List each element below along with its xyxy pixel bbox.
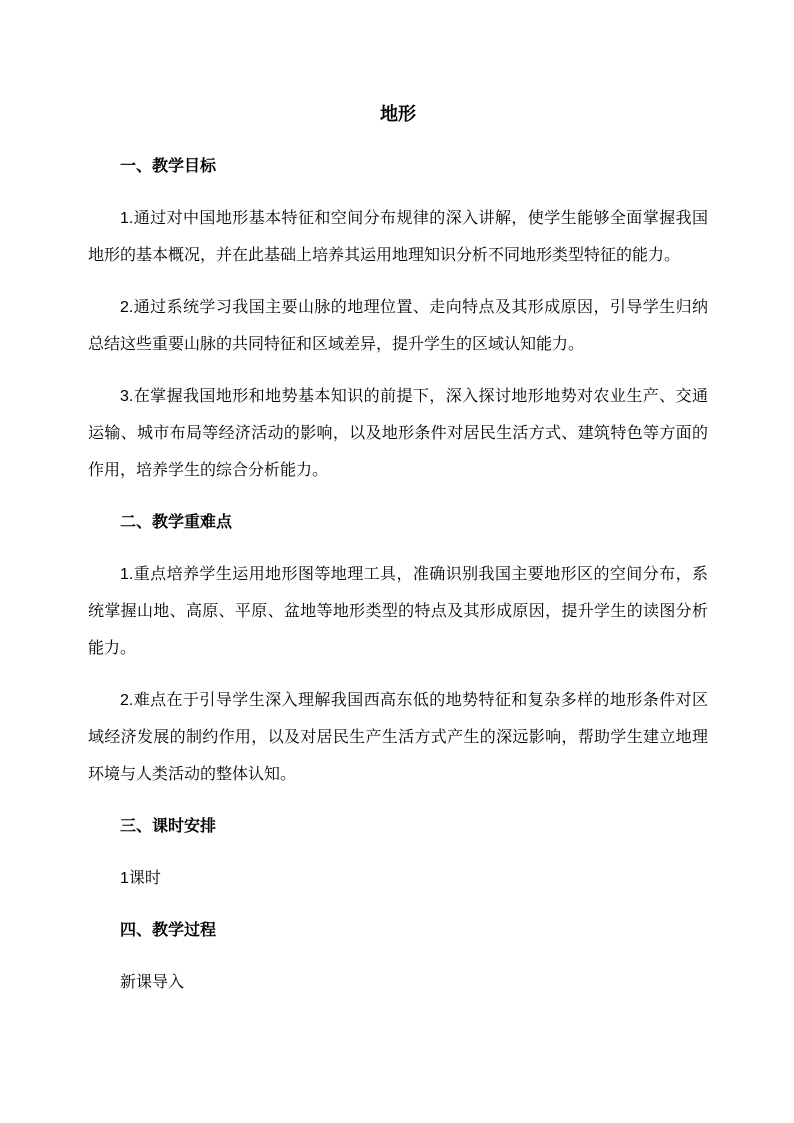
document-title: 地形	[88, 96, 708, 133]
section-heading-teaching-process: 四、教学过程	[88, 912, 708, 949]
paragraph-difficult-point: 2.难点在于引导学生深入理解我国西高东低的地势特征和复杂多样的地形条件对区域经济…	[88, 682, 708, 793]
section-teaching-process: 四、教学过程 新课导入	[88, 912, 708, 1001]
section-teaching-objectives: 一、教学目标 1.通过对中国地形基本特征和空间分布规律的深入讲解，使学生能够全面…	[88, 148, 708, 489]
section-heading-teaching-objectives: 一、教学目标	[88, 148, 708, 185]
paragraph-new-lesson-intro: 新课导入	[88, 964, 708, 1001]
paragraph-key-point: 1.重点培养学生运用地形图等地理工具，准确识别我国主要地形区的空间分布，系统掌握…	[88, 556, 708, 667]
section-key-difficult-points: 二、教学重难点 1.重点培养学生运用地形图等地理工具，准确识别我国主要地形区的空…	[88, 504, 708, 793]
document-page: 地形 一、教学目标 1.通过对中国地形基本特征和空间分布规律的深入讲解，使学生能…	[0, 0, 794, 1123]
section-class-hours: 三、课时安排 1课时	[88, 808, 708, 897]
section-heading-class-hours: 三、课时安排	[88, 808, 708, 845]
paragraph-objective-3: 3.在掌握我国地形和地势基本知识的前提下，深入探讨地形地势对农业生产、交通运输、…	[88, 378, 708, 489]
paragraph-class-hours: 1课时	[88, 860, 708, 897]
section-heading-key-difficult-points: 二、教学重难点	[88, 504, 708, 541]
paragraph-objective-2: 2.通过系统学习我国主要山脉的地理位置、走向特点及其形成原因，引导学生归纳总结这…	[88, 289, 708, 363]
paragraph-objective-1: 1.通过对中国地形基本特征和空间分布规律的深入讲解，使学生能够全面掌握我国地形的…	[88, 200, 708, 274]
